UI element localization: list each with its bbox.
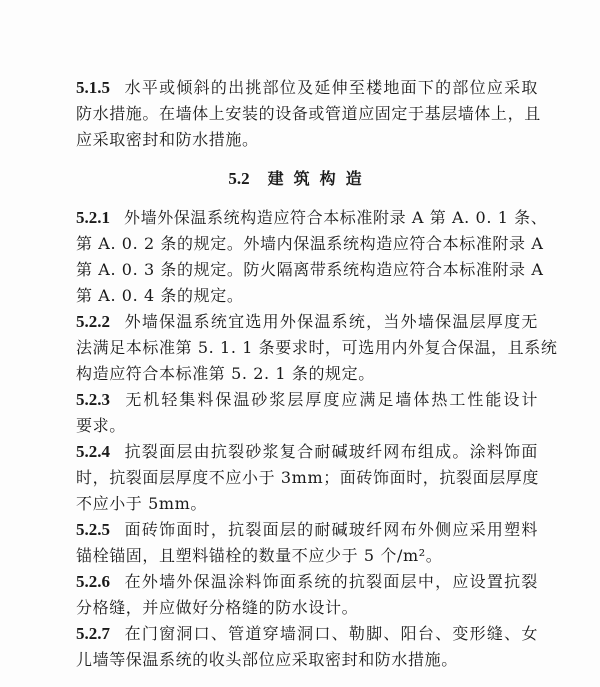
clause-number: 5.2.1 xyxy=(76,208,110,227)
clause-5-2-5-line-2: 锚栓锚固，且塑料锚栓的数量不应少于 5 个/m²。 xyxy=(76,543,538,569)
clause-number: 5.2.4 xyxy=(76,442,110,461)
clause-5-2-1-line-4: 第 A. 0. 4 条的规定。 xyxy=(76,283,538,309)
clause-5-2-1-line-2: 第 A. 0. 2 条的规定。外墙内保温系统构造应符合本标准附录 A xyxy=(76,231,538,257)
clause-5-1-5-line-1: 5.1.5水平或倾斜的出挑部位及延伸至楼地面下的部位应采取 xyxy=(76,75,538,101)
section-title: 建筑构造 xyxy=(268,169,372,188)
clause-5-2-2-line-1: 5.2.2外墙保温系统宜选用外保温系统，当外墙保温层厚度无 xyxy=(76,309,538,335)
clause-5-2-4-line-3: 不应小于 5mm。 xyxy=(76,491,538,517)
section-heading: 5.2建筑构造 xyxy=(0,166,600,192)
clause-5-2-7-line-2: 儿墙等保温系统的收头部位应采取密封和防水措施。 xyxy=(76,647,538,673)
clause-number: 5.2.7 xyxy=(76,624,110,643)
clause-number: 5.1.5 xyxy=(76,78,110,97)
clause-5-2-3-line-1: 5.2.3无机轻集料保温砂浆层厚度应满足墙体热工性能设计 xyxy=(76,387,538,413)
clause-number: 5.2.2 xyxy=(76,312,110,331)
clause-5-2-3-line-2: 要求。 xyxy=(76,413,538,439)
clause-5-2-1-line-1: 5.2.1外墙外保温系统构造应符合本标准附录 A 第 A. 0. 1 条、 xyxy=(76,205,538,231)
clause-5-2-6-line-1: 5.2.6在外墙外保温涂料饰面系统的抗裂面层中，应设置抗裂 xyxy=(76,569,538,595)
clause-5-2-2-line-2: 法满足本标准第 5. 1. 1 条要求时，可选用内外复合保温，且系统 xyxy=(76,335,538,361)
clause-5-2-2-line-3: 构造应符合本标准第 5. 2. 1 条的规定。 xyxy=(76,361,538,387)
clause-5-1-5-line-2: 防水措施。在墙体上安装的设备或管道应固定于基层墙体上，且 xyxy=(76,101,538,127)
clause-5-2-5-line-1: 5.2.5面砖饰面时，抗裂面层的耐碱玻纤网布外侧应采用塑料 xyxy=(76,517,538,543)
clause-5-2-1-line-3: 第 A. 0. 3 条的规定。防火隔离带系统构造应符合本标准附录 A xyxy=(76,257,538,283)
clause-5-2-4-line-1: 5.2.4抗裂面层由抗裂砂浆复合耐碱玻纤网布组成。涂料饰面 xyxy=(76,439,538,465)
section-number: 5.2 xyxy=(228,169,249,188)
clause-number: 5.2.6 xyxy=(76,572,110,591)
clause-number: 5.2.5 xyxy=(76,520,110,539)
clause-number: 5.2.3 xyxy=(76,390,110,409)
document-page: 5.1.5水平或倾斜的出挑部位及延伸至楼地面下的部位应采取 防水措施。在墙体上安… xyxy=(0,0,600,687)
clause-5-2-4-line-2: 时，抗裂面层厚度不应小于 3mm；面砖饰面时，抗裂面层厚度 xyxy=(76,465,538,491)
clause-5-2-6-line-2: 分格缝，并应做好分格缝的防水设计。 xyxy=(76,595,538,621)
clause-5-1-5-line-3: 应采取密封和防水措施。 xyxy=(76,127,538,153)
clause-5-2-7-line-1: 5.2.7在门窗洞口、管道穿墙洞口、勒脚、阳台、变形缝、女 xyxy=(76,621,538,647)
